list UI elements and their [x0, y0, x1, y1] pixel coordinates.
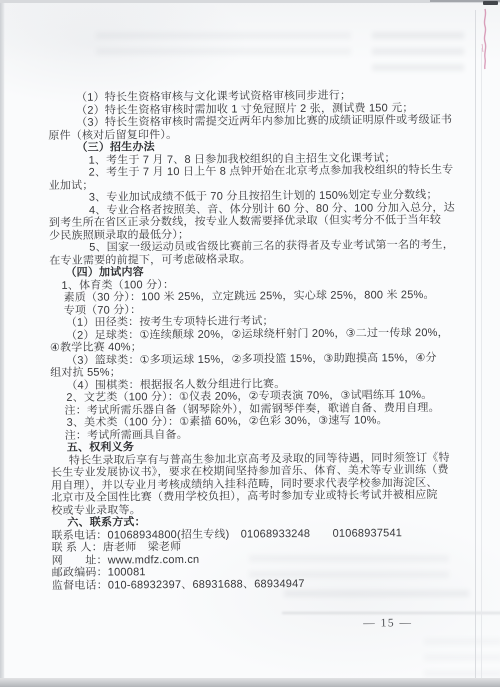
red-pen-mark	[477, 8, 493, 70]
scan-corner-mark	[483, 1, 498, 5]
scan-edge-left	[0, 0, 5, 687]
bleedthrough-artifact	[372, 32, 464, 72]
paper: （1）特长生资格审核与文化课考试资格审核同步进行；（2）特长生资格审核时需加收 …	[4, 2, 500, 679]
document-line: 监督电话：010-68932397、68931688、68934947	[52, 576, 482, 592]
scan-edge-bottom	[0, 678, 500, 687]
bleedthrough-artifact	[96, 32, 351, 62]
scan-edge-top	[0, 0, 500, 3]
scanned-page: （1）特长生资格审核与文化课考试资格审核同步进行；（2）特长生资格审核时需加收 …	[0, 0, 500, 687]
document-body: （1）特长生资格审核与文化课考试资格审核同步进行；（2）特长生资格审核时需加收 …	[48, 89, 482, 592]
page-number: — 15 —	[363, 617, 412, 629]
document-tilt-wrapper: （1）特长生资格审核与文化课考试资格审核同步进行；（2）特长生资格审核时需加收 …	[48, 89, 482, 652]
